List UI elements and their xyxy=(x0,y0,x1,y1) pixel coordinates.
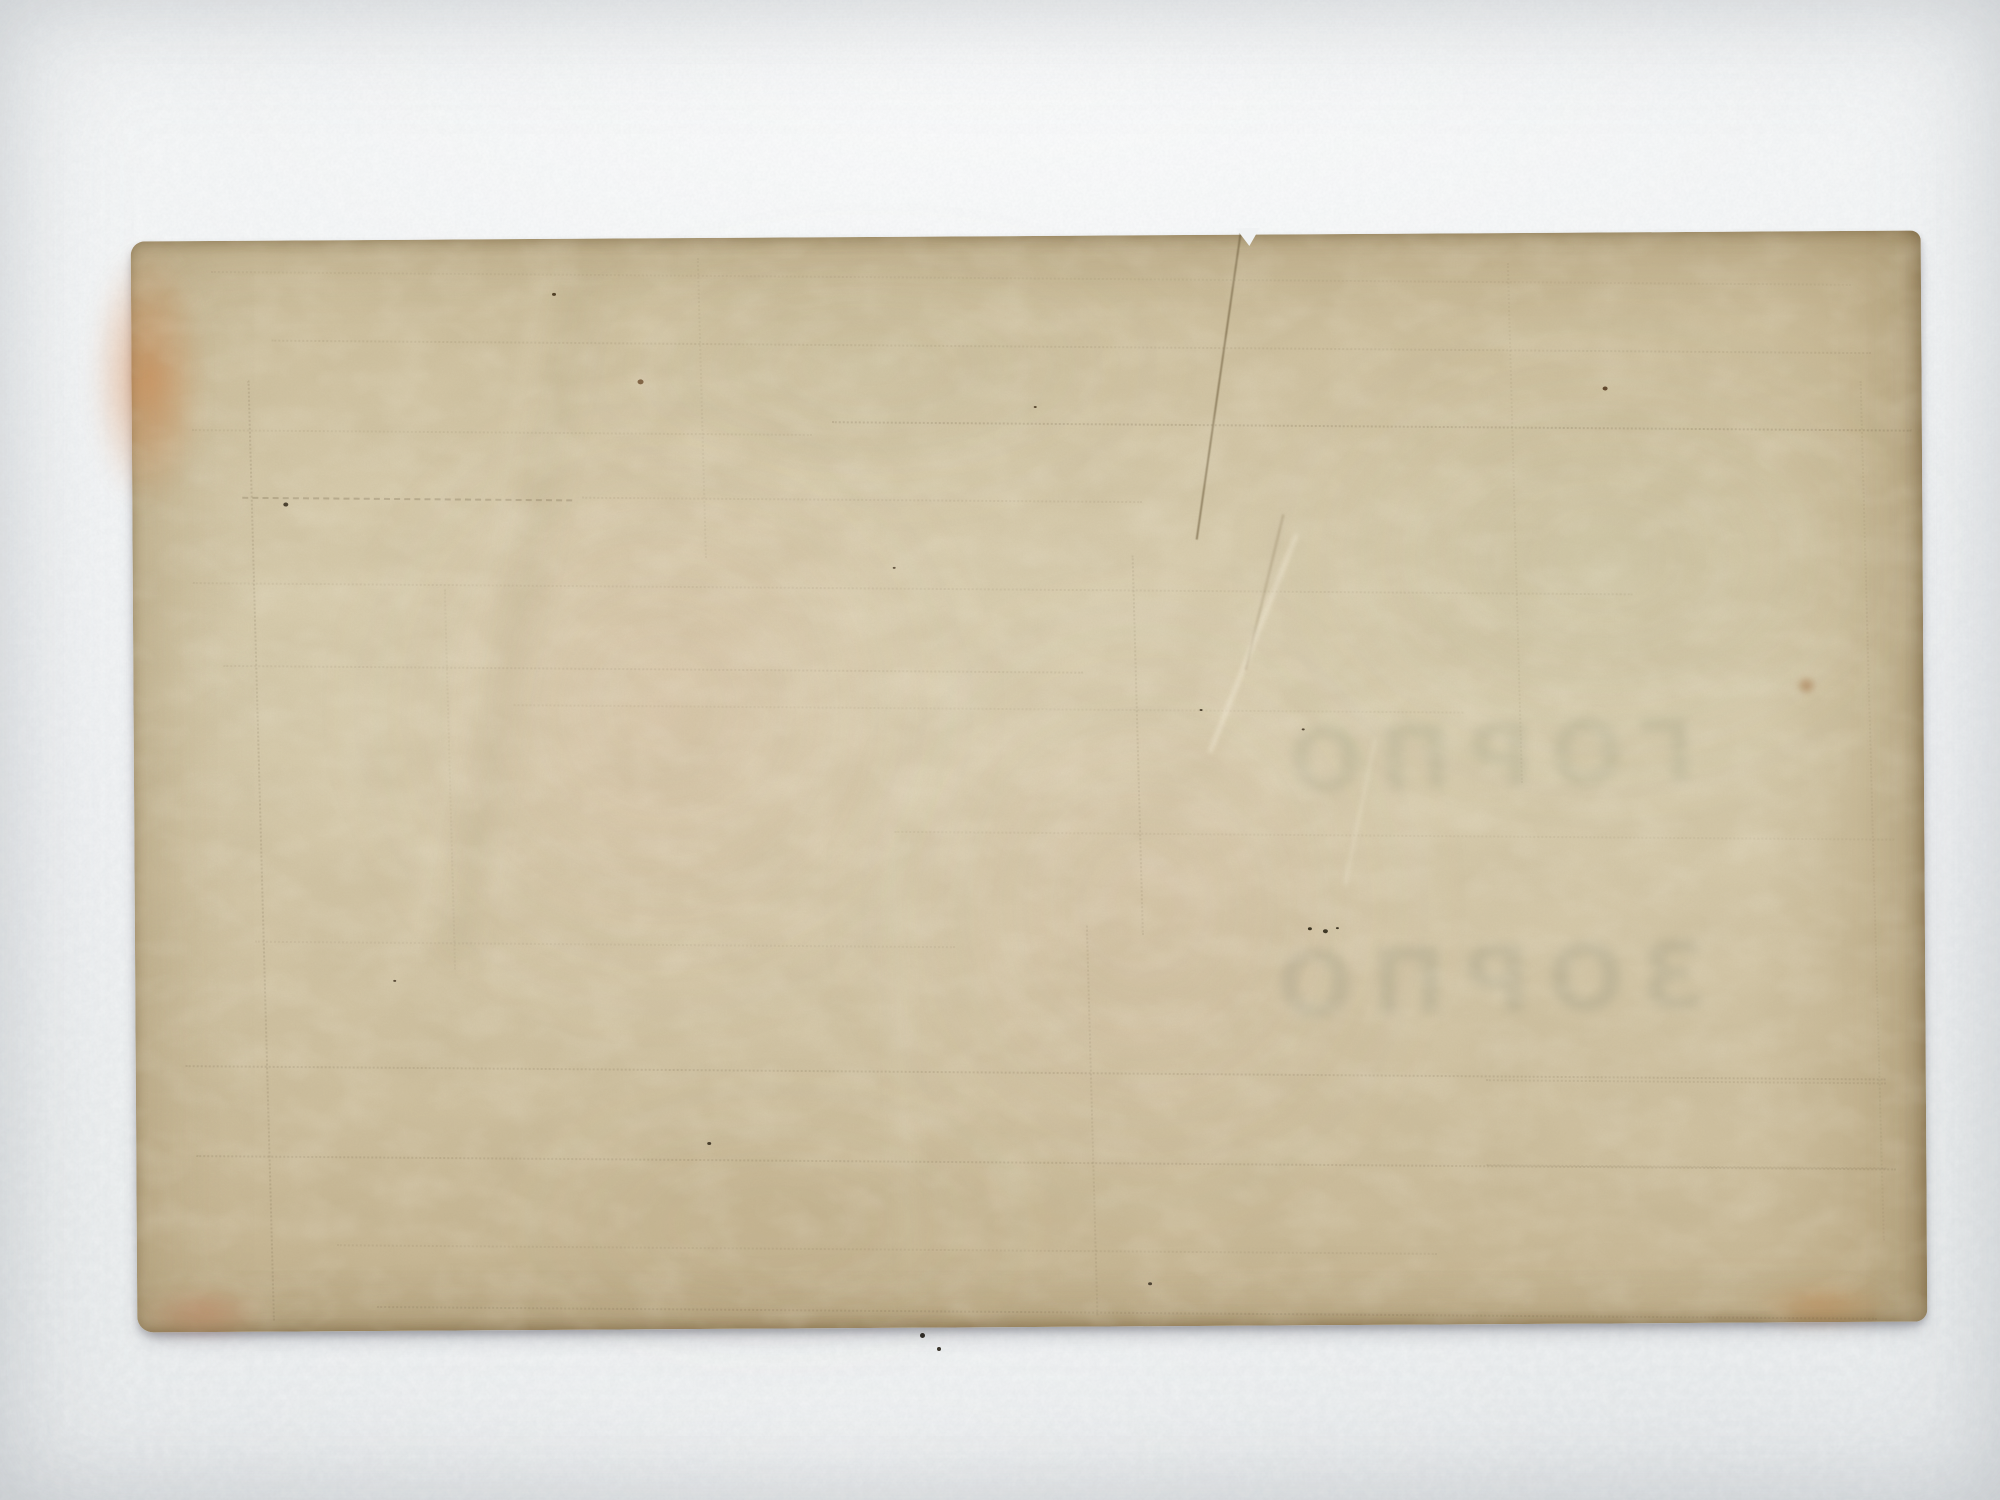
background-speck-layer xyxy=(0,0,2000,1500)
photo-scene: ГОРПО ЗОРПО xyxy=(0,0,2000,1500)
background-speck xyxy=(920,1333,925,1338)
background-speck xyxy=(937,1347,941,1351)
